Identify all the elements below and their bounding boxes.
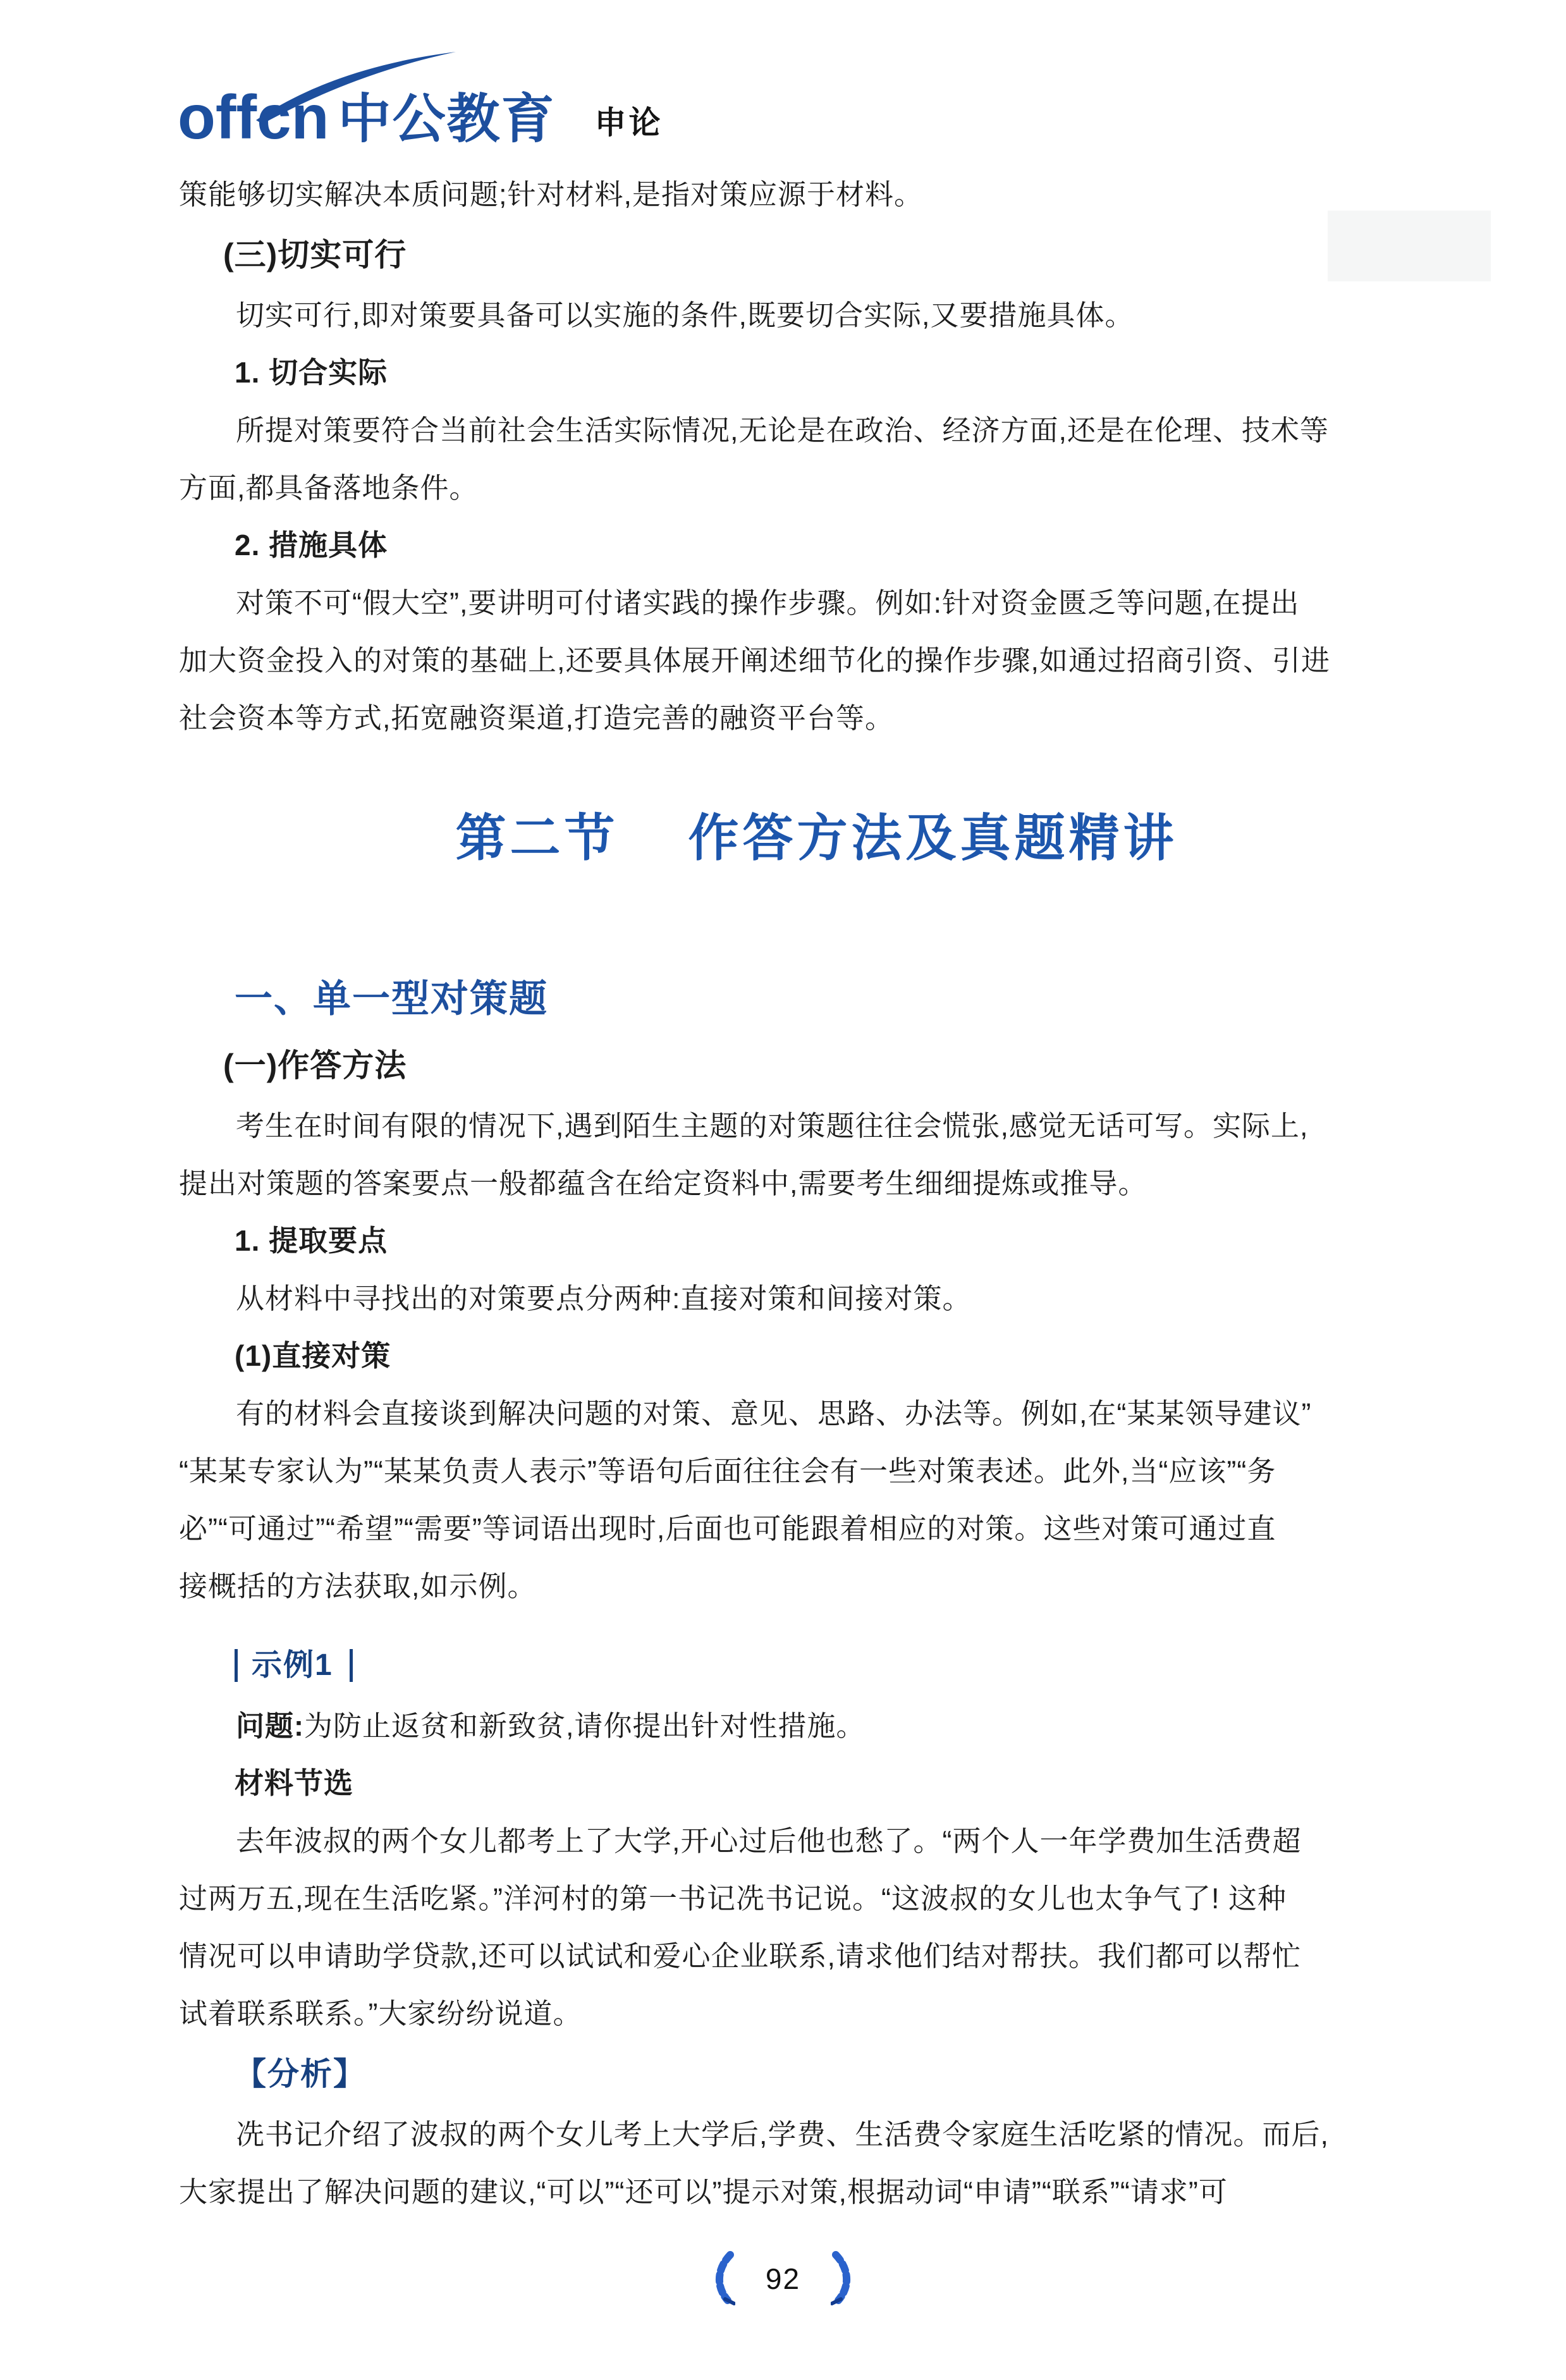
text-line: 对策不可“假大空”,要讲明可付诸实践的操作步骤。例如:针对资金匮乏等问题,在提出: [179, 574, 1397, 632]
text-line: 必”“可通过”“希望”“需要”等词语出现时,后面也可能跟着相应的对策。这些对策可…: [179, 1500, 1397, 1557]
logo-swoosh-icon: [252, 49, 461, 125]
run-bold: 问题:: [236, 1710, 304, 1742]
text-line: 冼书记介绍了波叔的两个女儿考上大学后,学费、生活费令家庭生活吃紧的情况。而后,: [179, 2106, 1397, 2163]
page-header: offcn 中公教育 申论: [178, 76, 663, 145]
text-line: 试着联系联系。”大家纷纷说道。: [179, 1985, 1397, 2042]
page-content: 策能够切实解决本质问题;针对材料,是指对策应源于材料。(三)切实可行切实可行,即…: [179, 166, 1397, 2221]
section-heading: 一、单一型对策题: [235, 964, 1397, 1034]
text-line: 去年波叔的两个女儿都考上了大学,开心过后他也愁了。“两个人一年学费加生活费超: [179, 1812, 1397, 1870]
text-line: 方面,都具备落地条件。: [179, 459, 1397, 517]
subject-label: 申论: [595, 97, 663, 145]
text-line: 所提对策要符合当前社会生活实际情况,无论是在政治、经济方面,还是在伦理、技术等: [179, 402, 1397, 459]
text-line: 从材料中寻找出的对策要点分两种:直接对策和间接对策。: [179, 1270, 1397, 1327]
text-line: 切实可行,即对策要具备可以实施的条件,既要切合实际,又要措施具体。: [179, 286, 1397, 344]
text-line: 社会资本等方式,拓宽融资渠道,打造完善的融资平台等。: [179, 689, 1397, 747]
text-line: “某某专家认为”“某某负责人表示”等语句后面往往会有一些对策表述。此外,当“应该…: [179, 1442, 1397, 1500]
numbered-heading: 1. 切合实际: [235, 344, 1397, 402]
example-text: 示例1: [252, 1634, 333, 1697]
text-line: 有的材料会直接谈到解决问题的对策、意见、思路、办法等。例如,在“某某领导建议”: [179, 1385, 1397, 1442]
text-line: 策能够切实解决本质问题;针对材料,是指对策应源于材料。: [179, 166, 1397, 223]
subsection-heading: (三)切实可行: [223, 223, 1397, 286]
text-line: 加大资金投入的对策的基础上,还要具体展开阐述细节化的操作步骤,如通过招商引资、引…: [179, 632, 1397, 689]
chapter-number: 第二节: [456, 810, 619, 866]
run-text: 为防止返贫和新致贫,请你提出针对性措施。: [304, 1710, 866, 1742]
numbered-heading: 2. 措施具体: [235, 517, 1397, 574]
numbered-heading: (1)直接对策: [235, 1327, 1397, 1385]
text-line: 提出对策题的答案要点一般都蕴含在给定资料中,需要考生细细提炼或推导。: [179, 1155, 1397, 1212]
numbered-heading: 材料节选: [235, 1755, 1397, 1812]
text-line: 过两万五,现在生活吃紧。”洋河村的第一书记冼书记说。“这波叔的女儿也太争气了! …: [179, 1870, 1397, 1927]
text-line: 情况可以申请助学贷款,还可以试试和爱心企业联系,请求他们结对帮扶。我们都可以帮忙: [179, 1927, 1397, 1985]
text-line: 问题:为防止返贫和新致贫,请你提出针对性措施。: [179, 1697, 1397, 1755]
page-footer: 92: [0, 2251, 1566, 2307]
example-label: 示例1: [235, 1634, 1397, 1697]
laurel-right-icon: [831, 2251, 857, 2307]
analysis-label: 【分析】: [235, 2042, 1397, 2106]
example-bar-icon: [350, 1649, 353, 1682]
chapter-heading: 第二节作答方法及真题精讲: [207, 804, 1426, 873]
subsection-heading: (一)作答方法: [223, 1034, 1397, 1097]
text-line: 接概括的方法获取,如示例。: [179, 1557, 1397, 1615]
example-bar-icon: [235, 1649, 238, 1682]
text-line: 考生在时间有限的情况下,遇到陌生主题的对策题往往会慌张,感觉无话可写。实际上,: [179, 1097, 1397, 1155]
book-page: offcn 中公教育 申论 策能够切实解决本质问题;针对材料,是指对策应源于材料…: [0, 0, 1566, 2380]
page-number: 92: [766, 2262, 800, 2296]
numbered-heading: 1. 提取要点: [235, 1212, 1397, 1270]
laurel-left-icon: [709, 2251, 735, 2307]
text-line: 大家提出了解决问题的建议,“可以”“还可以”提示对策,根据动词“申请”“联系”“…: [179, 2163, 1397, 2221]
chapter-title: 作答方法及真题精讲: [688, 810, 1178, 866]
